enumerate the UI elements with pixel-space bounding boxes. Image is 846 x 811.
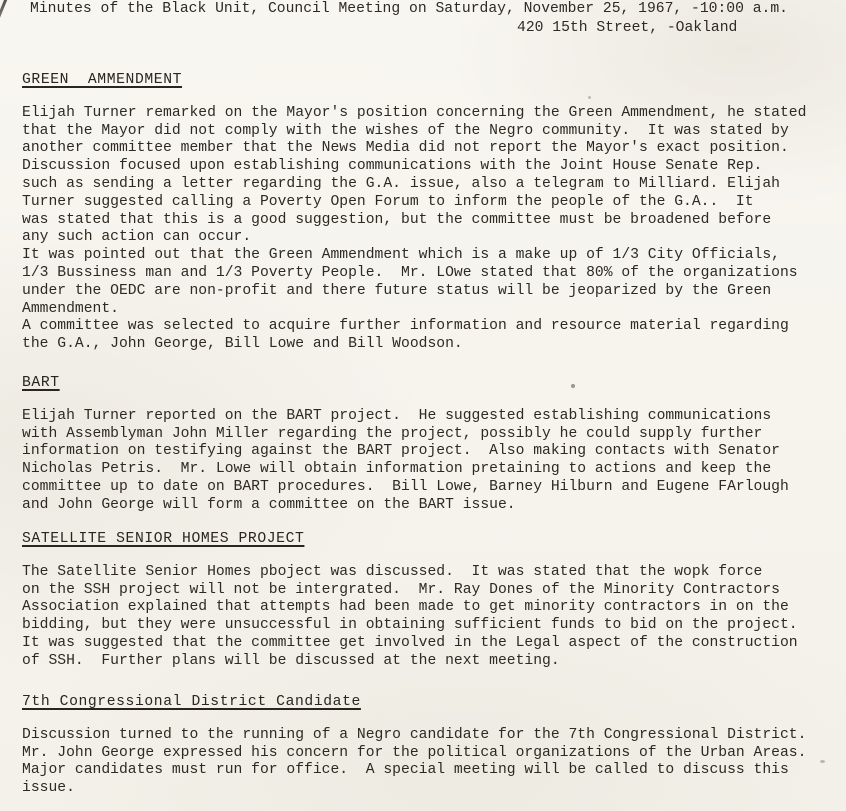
header-line-address: 420 15th Street, -Oakland (517, 20, 737, 38)
document-page: Minutes of the Black Unit, Council Meeti… (0, 0, 846, 811)
section-heading: BART (22, 375, 60, 393)
text-line: bidding, but they were unsuccessful in o… (22, 617, 840, 635)
text-line: such as sending a letter regarding the G… (22, 176, 840, 194)
text-line: Ammendment. (22, 301, 840, 319)
section-green-ammendment: GREEN AMMENDMENT Elijah Turner remarked … (22, 72, 840, 354)
section-heading: SATELLITE SENIOR HOMES PROJECT (22, 531, 304, 549)
section-7th-congressional-district: 7th Congressional District Candidate Dis… (22, 694, 840, 798)
text-line: It was suggested that the committee get … (22, 635, 840, 653)
text-line: Discussion focused upon establishing com… (22, 158, 840, 176)
paragraph: Elijah Turner reported on the BART proje… (22, 408, 840, 515)
text-line: the G.A., John George, Bill Lowe and Bil… (22, 336, 840, 354)
text-line: issue. (22, 780, 840, 798)
text-line: with Assemblyman John Miller regarding t… (22, 426, 840, 444)
section-satellite-senior-homes: SATELLITE SENIOR HOMES PROJECT The Satel… (22, 531, 840, 671)
text-line: another committee member that the News M… (22, 140, 840, 158)
text-line: Discussion turned to the running of a Ne… (22, 727, 840, 745)
fold-crease-mark (0, 0, 11, 63)
text-line: The Satellite Senior Homes pboject was d… (22, 564, 840, 582)
text-line: Elijah Turner remarked on the Mayor's po… (22, 105, 840, 123)
section-heading: 7th Congressional District Candidate (22, 694, 361, 712)
text-line: Elijah Turner reported on the BART proje… (22, 408, 840, 426)
text-line: It was pointed out that the Green Ammend… (22, 247, 840, 265)
text-line: 1/3 Bussiness man and 1/3 Poverty People… (22, 265, 840, 283)
paragraph: Elijah Turner remarked on the Mayor's po… (22, 105, 840, 354)
section-bart: BART Elijah Turner reported on the BART … (22, 375, 840, 515)
text-line: Association explained that attempts had … (22, 599, 840, 617)
text-line: Turner suggested calling a Poverty Open … (22, 194, 840, 212)
paragraph: The Satellite Senior Homes pboject was d… (22, 564, 840, 671)
text-line: information on testifying against the BA… (22, 443, 840, 461)
text-line: Nicholas Petris. Mr. Lowe will obtain in… (22, 461, 840, 479)
edge-crease-mark (0, 128, 1, 205)
text-line: on the SSH project will not be intergrat… (22, 582, 840, 600)
paragraph: Discussion turned to the running of a Ne… (22, 727, 840, 798)
text-line: under the OEDC are non-profit and there … (22, 283, 840, 301)
text-line: and John George will form a committee on… (22, 497, 840, 515)
text-line: of SSH. Further plans will be discussed … (22, 653, 840, 671)
text-line: any such action can occur. (22, 229, 840, 247)
text-line: was stated that this is a good suggestio… (22, 212, 840, 230)
text-line: A committee was selected to acquire furt… (22, 318, 840, 336)
text-line: Major candidates must run for office. A … (22, 762, 840, 780)
header-line-title: Minutes of the Black Unit, Council Meeti… (30, 1, 788, 19)
text-line: that the Mayor did not comply with the w… (22, 123, 840, 141)
text-line: committee up to date on BART procedures.… (22, 479, 840, 497)
text-line: Mr. John George expressed his concern fo… (22, 745, 840, 763)
section-heading: GREEN AMMENDMENT (22, 72, 182, 90)
